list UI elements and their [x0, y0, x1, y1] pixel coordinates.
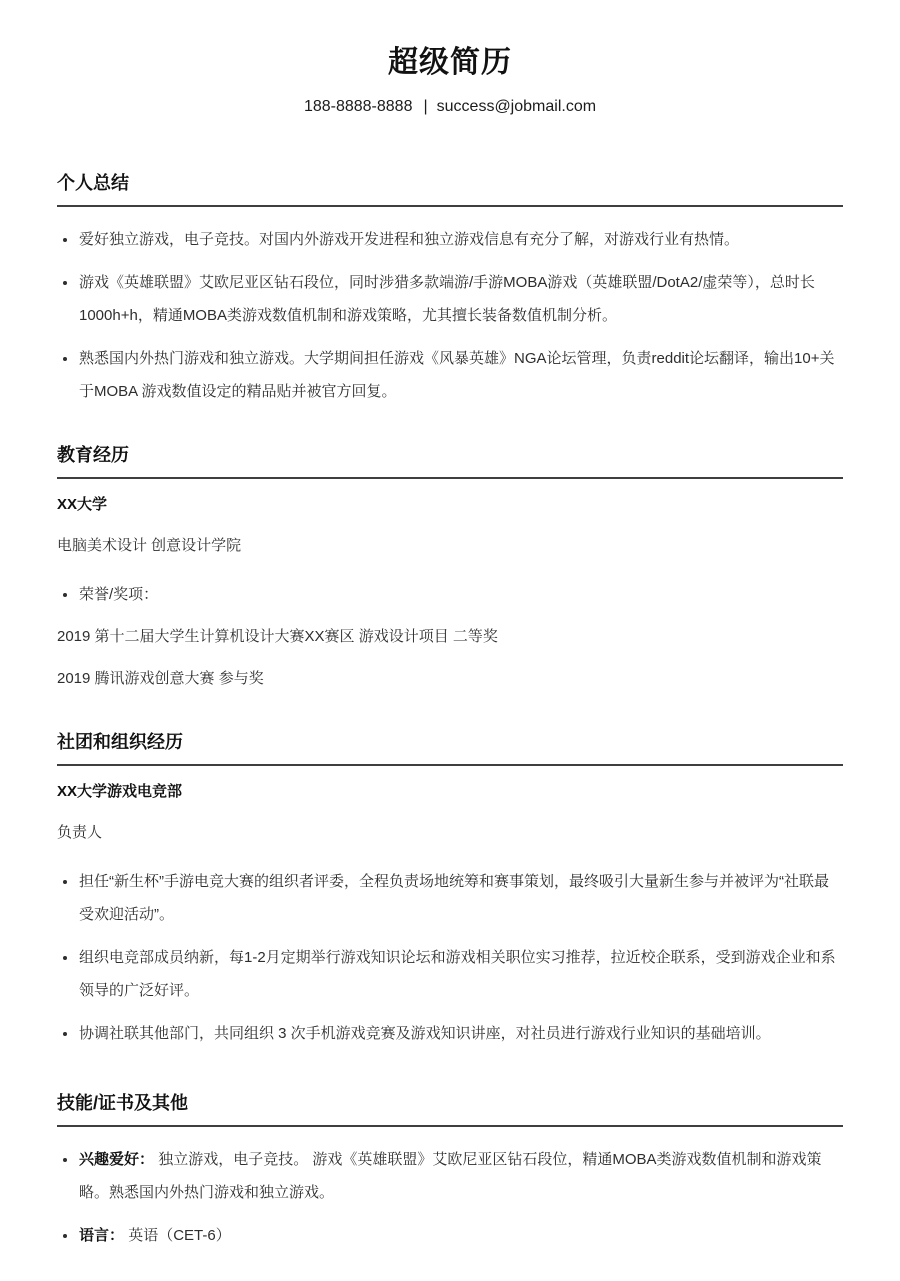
- skills-bullet-list: 兴趣爱好： 独立游戏，电子竞技。 游戏《英雄联盟》艾欧尼亚区钻石段位，精通MOB…: [57, 1143, 843, 1252]
- resume-title: 超级简历: [57, 0, 843, 82]
- school-name: XX大学: [57, 493, 843, 517]
- section-heading-organizations: 社团和组织经历: [57, 731, 843, 766]
- skill-text-language: 英语（CET-6）: [128, 1227, 231, 1244]
- organization-name: XX大学游戏电竞部: [57, 780, 843, 804]
- organization-bullet-2: 组织电竞部成员纳新，每1-2月定期举行游戏知识论坛和游戏相关职位实习推荐，拉近校…: [78, 941, 843, 1007]
- role-line: 负责人: [57, 816, 843, 849]
- honors-label: 荣誉/奖项：: [78, 578, 843, 611]
- award-line-2: 2019 腾讯游戏创意大赛 参与奖: [57, 662, 843, 695]
- contact-line: 188-8888-8888|success@jobmail.com: [57, 97, 843, 116]
- summary-bullet-1: 爱好独立游戏，电子竞技。对国内外游戏开发进程和独立游戏信息有充分了解，对游戏行业…: [78, 223, 843, 256]
- skill-label-hobbies: 兴趣爱好：: [79, 1151, 154, 1168]
- section-organizations: 社团和组织经历 XX大学游戏电竞部 负责人 担任“新生杯”手游电竞大赛的组织者评…: [57, 731, 843, 1050]
- email-address: success@jobmail.com: [437, 98, 596, 115]
- resume-header: 超级简历 188-8888-8888|success@jobmail.com: [57, 0, 843, 116]
- skill-text-hobbies: 独立游戏，电子竞技。 游戏《英雄联盟》艾欧尼亚区钻石段位，精通MOBA类游戏数值…: [79, 1151, 822, 1201]
- organization-bullet-1: 担任“新生杯”手游电竞大赛的组织者评委，全程负责场地统筹和赛事策划，最终吸引大量…: [78, 865, 843, 931]
- award-line-1: 2019 第十二届大学生计算机设计大赛XX赛区 游戏设计项目 二等奖: [57, 620, 843, 653]
- contact-separator: |: [412, 98, 436, 115]
- skill-item-hobbies: 兴趣爱好： 独立游戏，电子竞技。 游戏《英雄联盟》艾欧尼亚区钻石段位，精通MOB…: [78, 1143, 843, 1209]
- skill-item-language: 语言： 英语（CET-6）: [78, 1219, 843, 1252]
- summary-bullet-list: 爱好独立游戏，电子竞技。对国内外游戏开发进程和独立游戏信息有充分了解，对游戏行业…: [57, 223, 843, 408]
- skill-label-language: 语言：: [79, 1227, 124, 1244]
- summary-bullet-3: 熟悉国内外热门游戏和独立游戏。大学期间担任游戏《风暴英雄》NGA论坛管理，负责r…: [78, 342, 843, 408]
- section-summary: 个人总结 爱好独立游戏，电子竞技。对国内外游戏开发进程和独立游戏信息有充分了解，…: [57, 172, 843, 408]
- resume-page: 超级简历 188-8888-8888|success@jobmail.com 个…: [0, 0, 900, 1281]
- section-heading-education: 教育经历: [57, 444, 843, 479]
- section-heading-skills: 技能/证书及其他: [57, 1092, 843, 1127]
- section-heading-summary: 个人总结: [57, 172, 843, 207]
- organization-bullet-list: 担任“新生杯”手游电竞大赛的组织者评委，全程负责场地统筹和赛事策划，最终吸引大量…: [57, 865, 843, 1050]
- honors-bullet-list: 荣誉/奖项：: [57, 578, 843, 611]
- section-skills: 技能/证书及其他 兴趣爱好： 独立游戏，电子竞技。 游戏《英雄联盟》艾欧尼亚区钻…: [57, 1092, 843, 1252]
- summary-bullet-2: 游戏《英雄联盟》艾欧尼亚区钻石段位，同时涉猎多款端游/手游MOBA游戏（英雄联盟…: [78, 266, 843, 332]
- section-education: 教育经历 XX大学 电脑美术设计 创意设计学院 荣誉/奖项： 2019 第十二届…: [57, 444, 843, 695]
- major-line: 电脑美术设计 创意设计学院: [57, 529, 843, 562]
- organization-bullet-3: 协调社联其他部门，共同组织 3 次手机游戏竞赛及游戏知识讲座，对社员进行游戏行业…: [78, 1017, 843, 1050]
- phone-number: 188-8888-8888: [304, 98, 413, 115]
